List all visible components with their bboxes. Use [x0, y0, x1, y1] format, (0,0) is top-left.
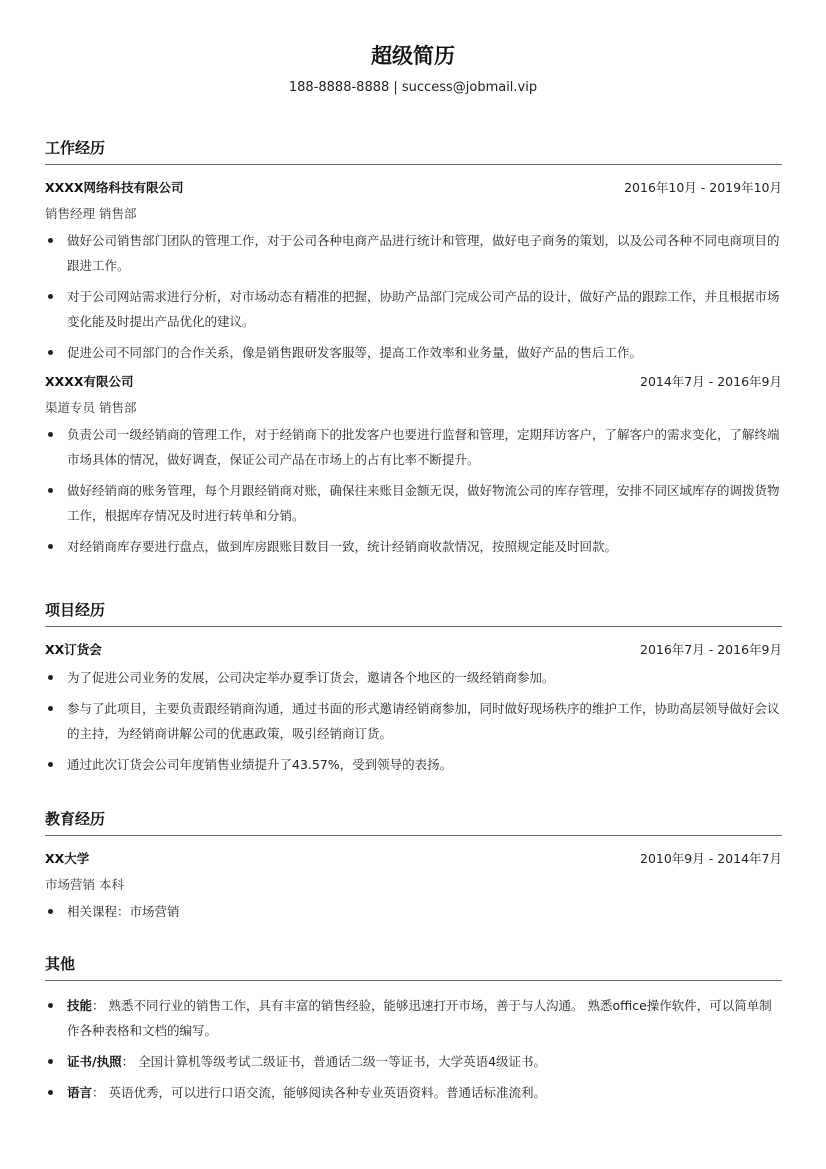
item-separator: ： — [92, 1085, 108, 1100]
list-item: 技能： 熟悉不同行业的销售工作，具有丰富的销售经验，能够迅速打开市场，善于与人沟… — [45, 993, 782, 1043]
project-entry: XX订货会 2016年7月 - 2016年9月 为了促进公司业务的发展，公司决定… — [45, 639, 782, 777]
bullet-list: 做好公司销售部门团队的管理工作，对于公司各种电商产品进行统计和管理，做好电子商务… — [45, 228, 782, 365]
item-text: 熟悉不同行业的销售工作，具有丰富的销售经验，能够迅速打开市场，善于与人沟通。 熟… — [67, 998, 772, 1038]
section-project-experience: 项目经历 XX订货会 2016年7月 - 2016年9月 为了促进公司业务的发展… — [45, 600, 782, 783]
section-title: 项目经历 — [45, 600, 782, 627]
bullet-list: 负责公司一级经销商的管理工作，对于经销商下的批发客户也要进行监督和管理，定期拜访… — [45, 422, 782, 559]
list-item: 促进公司不同部门的合作关系，像是销售跟研发客服等，提高工作效率和业务量，做好产品… — [45, 340, 782, 365]
resume-page: 超级简历 188-8888-8888 | success@jobmail.vip… — [0, 0, 826, 1169]
section-work-experience: 工作经历 XXXX网络科技有限公司 2016年10月 - 2019年10月 销售… — [45, 138, 782, 565]
list-item: 对经销商库存要进行盘点，做到库房跟账目数目一致，统计经销商收款情况，按照规定能及… — [45, 534, 782, 559]
date-range: 2010年9月 - 2014年7月 — [640, 849, 782, 867]
contact-info: 188-8888-8888 | success@jobmail.vip — [0, 80, 826, 95]
date-range: 2014年7月 - 2016年9月 — [640, 372, 782, 390]
list-item: 对于公司网站需求进行分析，对市场动态有精准的把握，协助产品部门完成公司产品的设计… — [45, 284, 782, 334]
section-education: 教育经历 XX大学 2010年9月 - 2014年7月 市场营销 本科 相关课程… — [45, 809, 782, 930]
list-item: 相关课程：市场营销 — [45, 899, 782, 924]
section-other: 其他 技能： 熟悉不同行业的销售工作，具有丰富的销售经验，能够迅速打开市场，善于… — [45, 954, 782, 1111]
work-entry: XXXX网络科技有限公司 2016年10月 - 2019年10月 销售经理 销售… — [45, 177, 782, 365]
bullet-list: 技能： 熟悉不同行业的销售工作，具有丰富的销售经验，能够迅速打开市场，善于与人沟… — [45, 993, 782, 1105]
section-title: 其他 — [45, 954, 782, 981]
item-label: 证书/执照 — [67, 1054, 122, 1069]
company-name: XXXX有限公司 — [45, 372, 134, 390]
list-item: 证书/执照： 全国计算机等级考试二级证书，普通话二级一等证书，大学英语4级证书。 — [45, 1049, 782, 1074]
major-degree: 市场营销 本科 — [45, 875, 782, 893]
item-text: 英语优秀，可以进行口语交流，能够阅读各种专业英语资料。普通话标准流利。 — [109, 1085, 547, 1100]
date-range: 2016年7月 - 2016年9月 — [640, 640, 782, 658]
list-item: 参与了此项目，主要负责跟经销商沟通，通过书面的形式邀请经销商参加，同时做好现场秩… — [45, 696, 782, 746]
section-title: 教育经历 — [45, 809, 782, 836]
bullet-list: 相关课程：市场营销 — [45, 899, 782, 924]
section-title: 工作经历 — [45, 138, 782, 165]
candidate-name: 超级简历 — [0, 40, 826, 70]
list-item: 做好经销商的账务管理，每个月跟经销商对账，确保往来账目金额无误，做好物流公司的库… — [45, 478, 782, 528]
education-entry: XX大学 2010年9月 - 2014年7月 市场营销 本科 相关课程：市场营销 — [45, 848, 782, 924]
item-separator: ： — [92, 998, 108, 1013]
item-label: 语言 — [67, 1085, 92, 1100]
list-item: 做好公司销售部门团队的管理工作，对于公司各种电商产品进行统计和管理，做好电子商务… — [45, 228, 782, 278]
project-name: XX订货会 — [45, 640, 102, 658]
work-entry: XXXX有限公司 2014年7月 - 2016年9月 渠道专员 销售部 负责公司… — [45, 371, 782, 559]
list-item: 通过此次订货会公司年度销售业绩提升了43.57%，受到领导的表扬。 — [45, 752, 782, 777]
item-text: 全国计算机等级考试二级证书，普通话二级一等证书，大学英语4级证书。 — [138, 1054, 546, 1069]
bullet-list: 为了促进公司业务的发展，公司决定举办夏季订货会，邀请各个地区的一级经销商参加。 … — [45, 665, 782, 777]
item-label: 技能 — [67, 998, 92, 1013]
list-item: 为了促进公司业务的发展，公司决定举办夏季订货会，邀请各个地区的一级经销商参加。 — [45, 665, 782, 690]
job-role: 销售经理 销售部 — [45, 204, 782, 222]
list-item: 负责公司一级经销商的管理工作，对于经销商下的批发客户也要进行监督和管理，定期拜访… — [45, 422, 782, 472]
school-name: XX大学 — [45, 849, 89, 867]
list-item: 语言： 英语优秀，可以进行口语交流，能够阅读各种专业英语资料。普通话标准流利。 — [45, 1080, 782, 1105]
job-role: 渠道专员 销售部 — [45, 398, 782, 416]
date-range: 2016年10月 - 2019年10月 — [624, 178, 782, 196]
item-separator: ： — [122, 1054, 138, 1069]
company-name: XXXX网络科技有限公司 — [45, 178, 184, 196]
